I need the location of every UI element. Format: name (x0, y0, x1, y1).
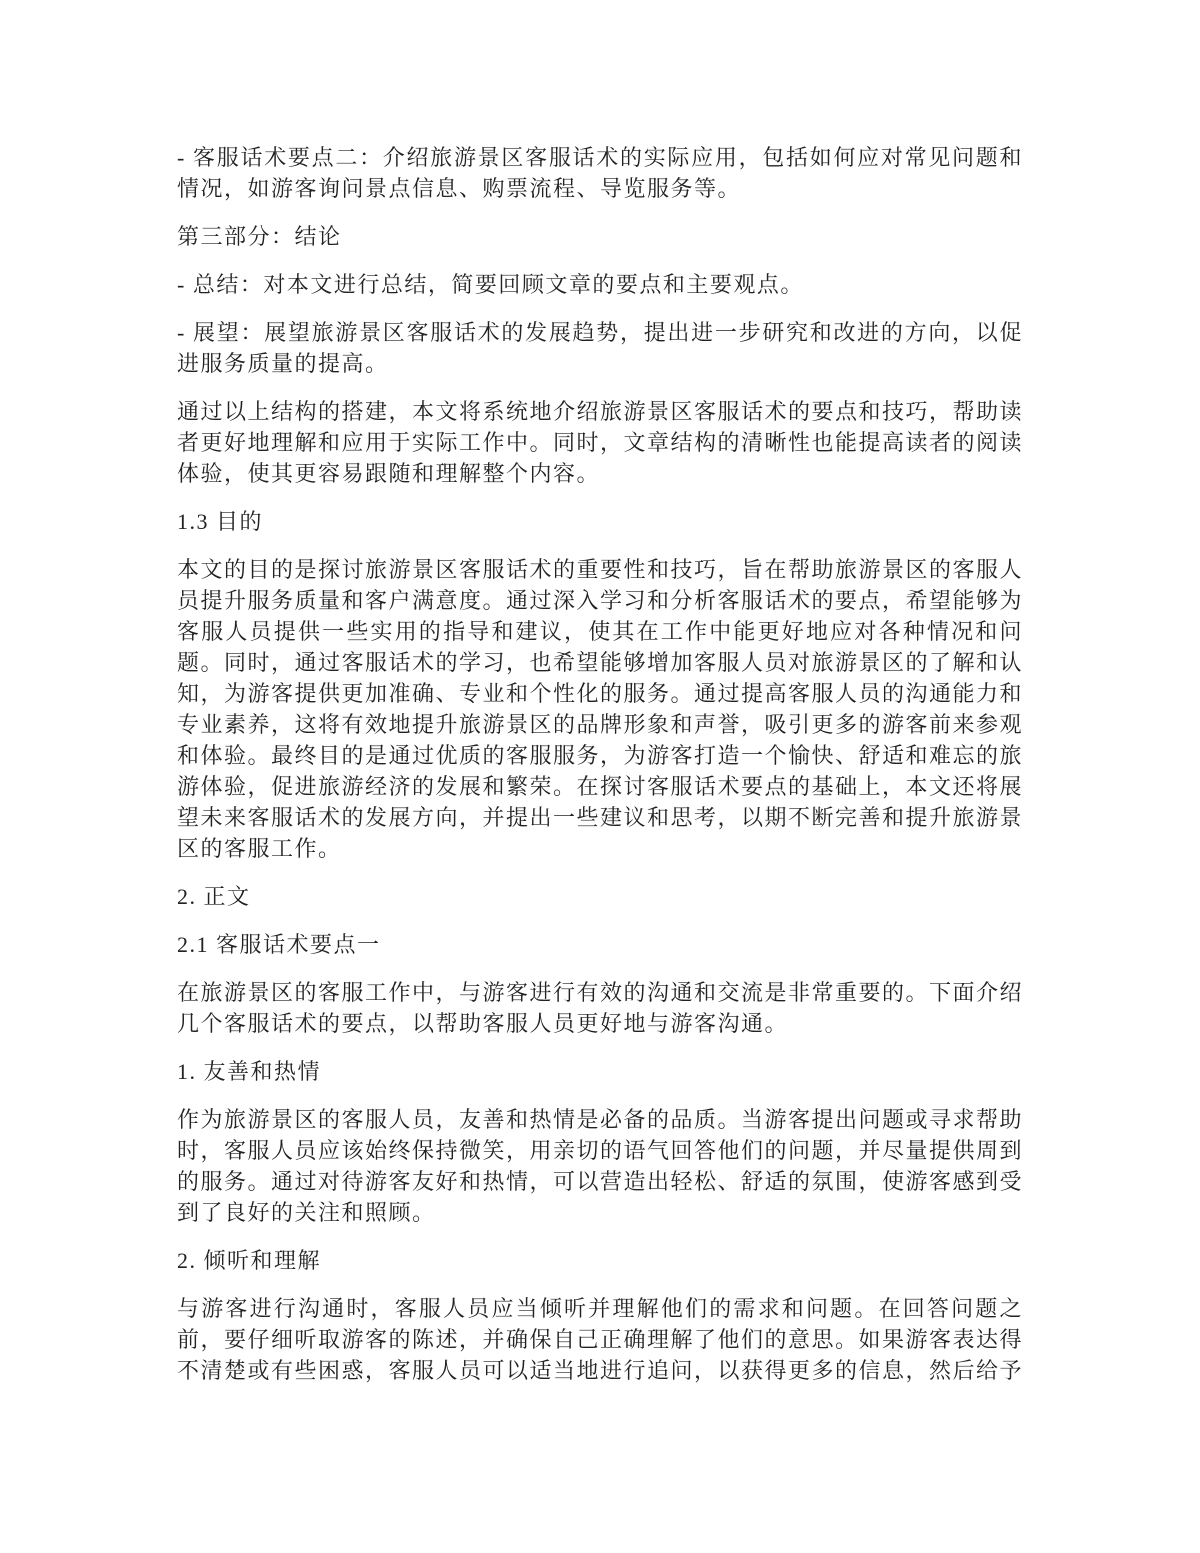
bullet-item-summary: - 总结：对本文进行总结，简要回顾文章的要点和主要观点。 (177, 269, 1023, 300)
paragraph-listening: 与游客进行沟通时，客服人员应当倾听并理解他们的需求和问题。在回答问题之前，要仔细… (177, 1293, 1023, 1386)
paragraph-structure-overview: 通过以上结构的搭建，本文将系统地介绍旅游景区客服话术的要点和技巧，帮助读者更好地… (177, 396, 1023, 489)
heading-2-1-script-point-1: 2.1 客服话术要点一 (177, 929, 1023, 960)
paragraph-friendliness: 作为旅游景区的客服人员，友善和热情是必备的品质。当游客提出问题或寻求帮助时，客服… (177, 1104, 1023, 1228)
heading-point-1-friendliness: 1. 友善和热情 (177, 1056, 1023, 1087)
paragraph-script-point-intro: 在旅游景区的客服工作中，与游客进行有效的沟通和交流是非常重要的。下面介绍几个客服… (177, 977, 1023, 1039)
heading-1-3-purpose: 1.3 目的 (177, 506, 1023, 537)
heading-2-main-body: 2. 正文 (177, 881, 1023, 912)
heading-point-2-listening: 2. 倾听和理解 (177, 1245, 1023, 1276)
heading-part-3-conclusion: 第三部分：结论 (177, 221, 1023, 252)
document-page: - 客服话术要点二：介绍旅游景区客服话术的实际应用，包括如何应对常见问题和情况，… (0, 0, 1200, 1553)
bullet-item-script-point-2: - 客服话术要点二：介绍旅游景区客服话术的实际应用，包括如何应对常见问题和情况，… (177, 142, 1023, 204)
paragraph-purpose: 本文的目的是探讨旅游景区客服话术的重要性和技巧，旨在帮助旅游景区的客服人员提升服… (177, 554, 1023, 864)
document-text-block: - 客服话术要点二：介绍旅游景区客服话术的实际应用，包括如何应对常见问题和情况，… (177, 142, 1023, 1386)
bullet-item-outlook: - 展望：展望旅游景区客服话术的发展趋势，提出进一步研究和改进的方向，以促进服务… (177, 317, 1023, 379)
